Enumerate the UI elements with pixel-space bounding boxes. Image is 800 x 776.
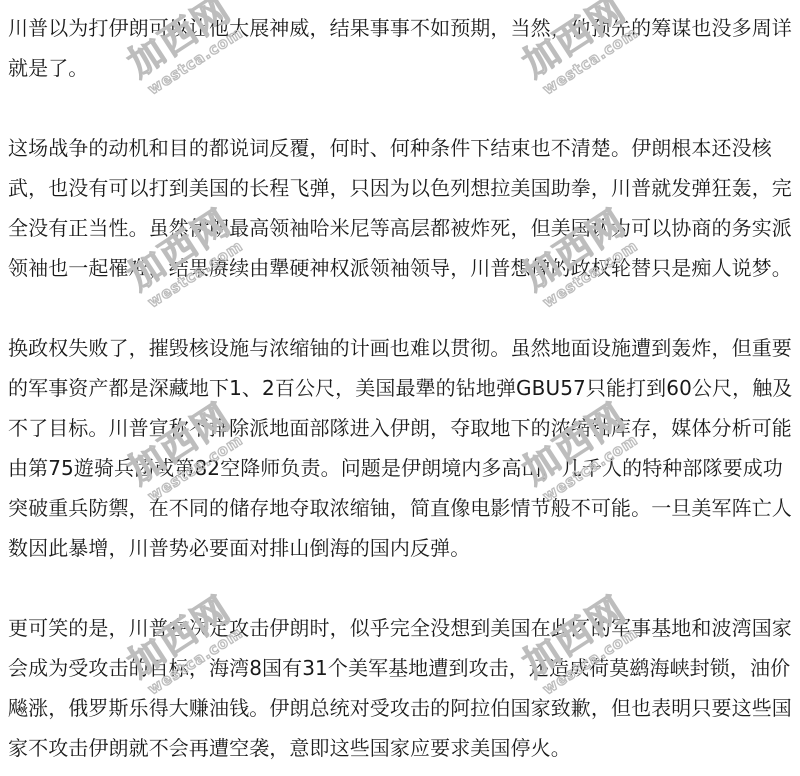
text-line: 不了目标。川普宣称不排除派地面部隊进入伊朗，夺取地下的浓缩铀库存，媒体分析可能	[8, 408, 792, 448]
text-line: 由第75遊骑兵团或第82空降师负责。问题是伊朗境内多高山，几千人的特种部隊要成功	[8, 448, 792, 488]
text-line: 家不攻击伊朗就不会再遭空袭，意即这些国家应要求美国停火。	[8, 728, 792, 768]
text-line: 领袖也一起罹难，结果赓续由犟硬神权派领袖领导，川普想像的政权轮替只是痴人说梦。	[8, 248, 792, 288]
text-line: 更可笑的是，川普在决定攻击伊朗时，似乎完全没想到美国在此区的军事基地和波湾国家	[8, 608, 792, 648]
text-line: 这场战争的动机和目的都说词反覆，何时、何种条件下结束也不清楚。伊朗根本还没核	[8, 128, 792, 168]
text-line: 飚涨，俄罗斯乐得大赚油钱。伊朗总统对受攻击的阿拉伯国家致歉，但也表明只要这些国	[8, 688, 792, 728]
page: { "page": { "background_color": "#ffffff…	[0, 0, 800, 776]
text-line: 武，也没有可以打到美国的长程飞弹，只因为以色列想拉美国助拳，川普就发弹狂轰，完	[8, 168, 792, 208]
text-line: 突破重兵防禦，在不同的储存地夺取浓缩铀，简直像电影情节般不可能。一旦美军阵亡人	[8, 488, 792, 528]
text-line: 会成为受攻击的目标，海湾8国有31个美军基地遭到攻击，还造成荷莫鹚海峡封锁，油价	[8, 648, 792, 688]
article-body: 川普以为打伊朗可以让他大展神威，结果事事不如预期，当然，他预先的筹谋也没多周详就…	[0, 0, 800, 768]
text-line: 的军事资产都是深藏地下1、2百公尺，美国最犟的钻地弹GBU57只能打到60公尺，…	[8, 368, 792, 408]
text-line: 就是了。	[8, 48, 792, 88]
text-line: 全没有正当性。虽然伊朗最高领袖哈米尼等高层都被炸死，但美国认为可以协商的务实派	[8, 208, 792, 248]
paragraph: 川普以为打伊朗可以让他大展神威，结果事事不如预期，当然，他预先的筹谋也没多周详就…	[8, 8, 792, 88]
text-line: 数因此暴增，川普势必要面对排山倒海的国内反弹。	[8, 528, 792, 568]
paragraph: 这场战争的动机和目的都说词反覆，何时、何种条件下结束也不清楚。伊朗根本还没核武，…	[8, 128, 792, 288]
paragraph: 更可笑的是，川普在决定攻击伊朗时，似乎完全没想到美国在此区的军事基地和波湾国家会…	[8, 608, 792, 768]
text-line: 换政权失败了，摧毁核设施与浓缩铀的计画也难以贯彻。虽然地面设施遭到轰炸，但重要	[8, 328, 792, 368]
text-line: 川普以为打伊朗可以让他大展神威，结果事事不如预期，当然，他预先的筹谋也没多周详	[8, 8, 792, 48]
paragraph: 换政权失败了，摧毁核设施与浓缩铀的计画也难以贯彻。虽然地面设施遭到轰炸，但重要的…	[8, 328, 792, 568]
